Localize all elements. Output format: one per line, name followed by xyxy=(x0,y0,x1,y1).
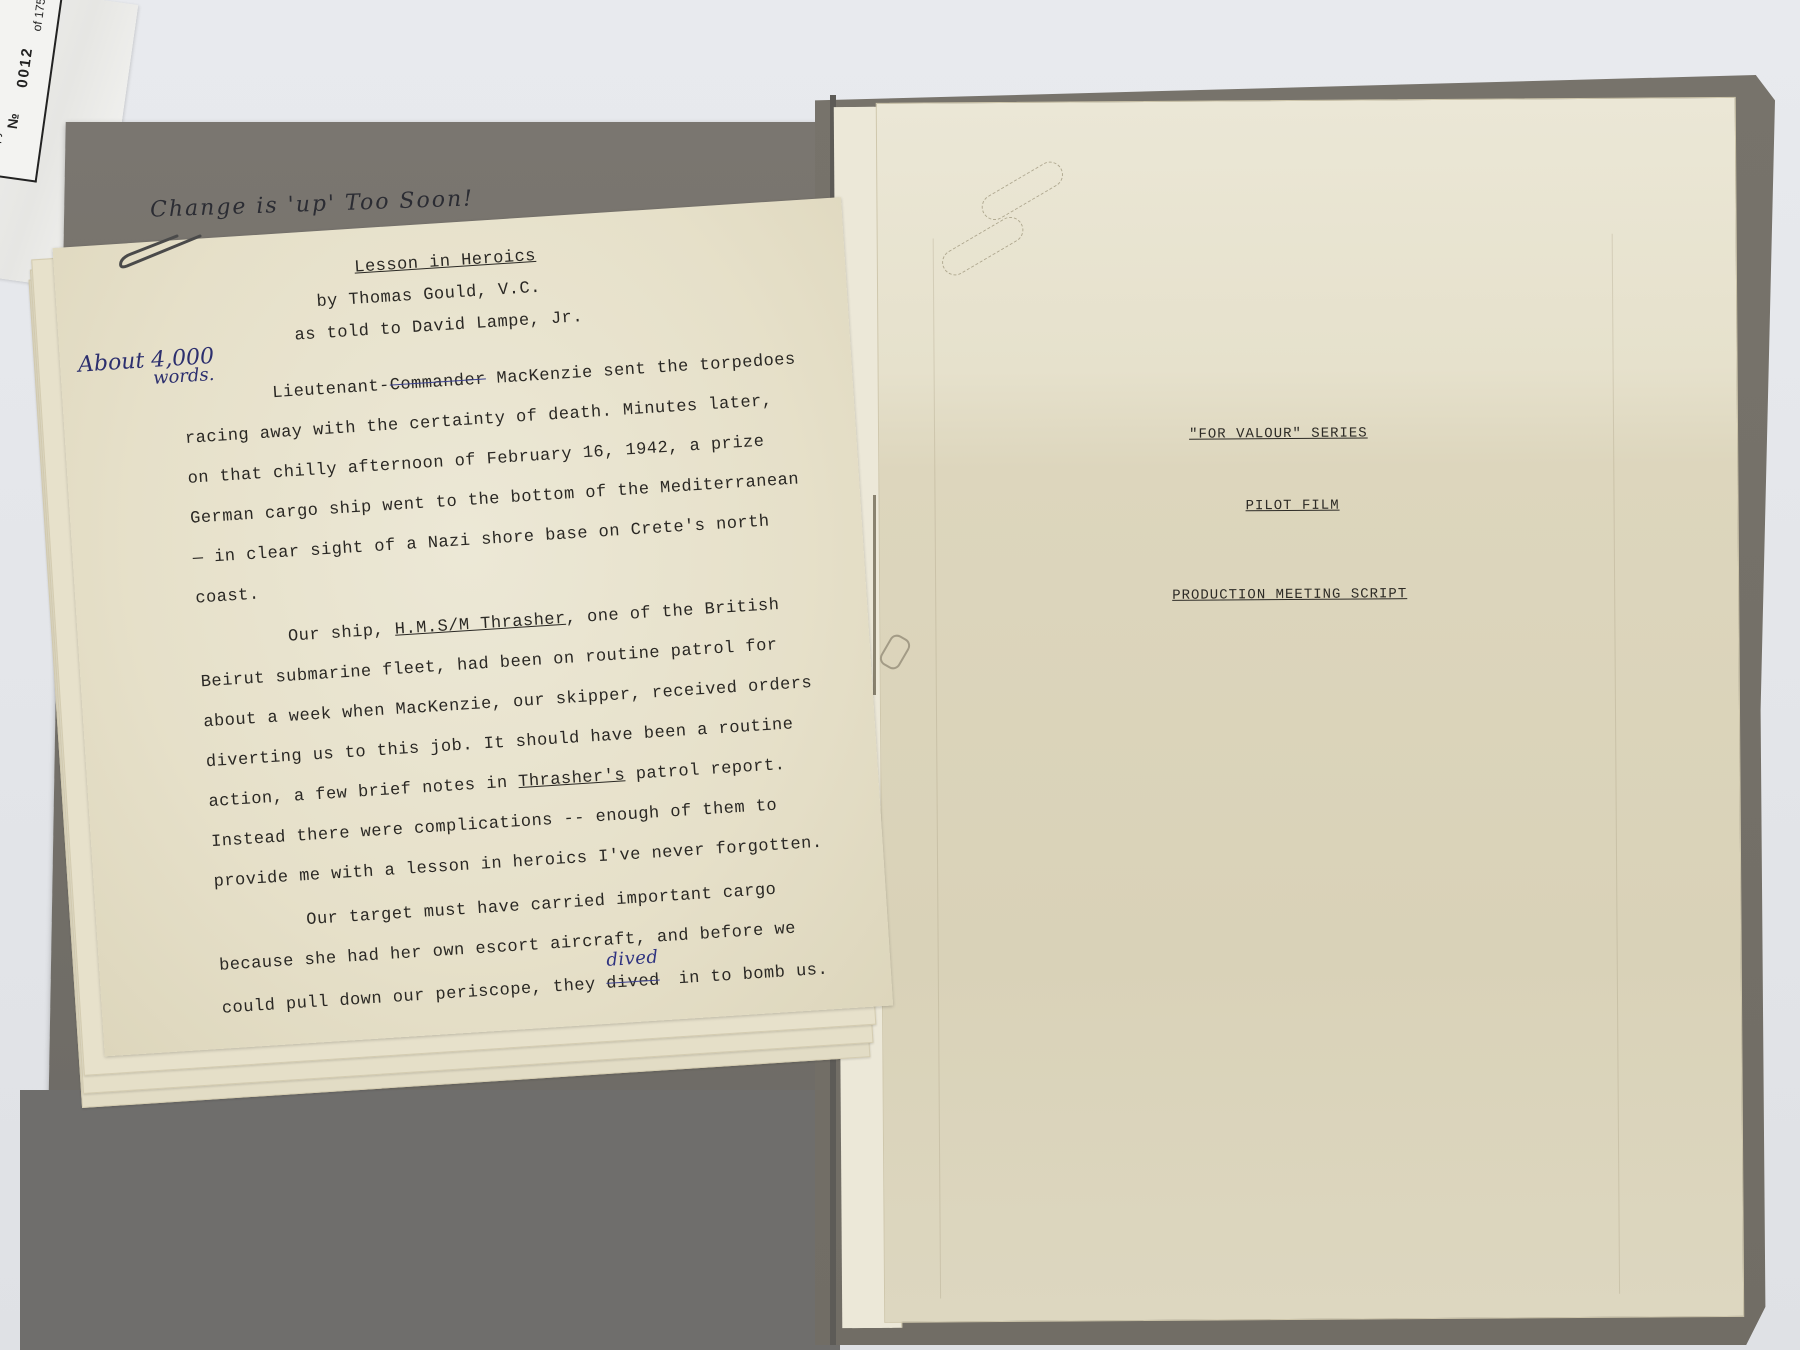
manuscript-told-to: as told to David Lampe, Jr. xyxy=(294,308,584,346)
underlined-name: H.M.S/M Thrasher xyxy=(394,610,566,640)
manuscript-stack: Lesson in Heroics by Thomas Gould, V.C. … xyxy=(22,157,897,1088)
certificate-number-prefix: № xyxy=(4,112,22,130)
folder-left-lower xyxy=(20,1090,840,1350)
manuscript-first-page: Lesson in Heroics by Thomas Gould, V.C. … xyxy=(53,197,894,1056)
photo-scene: Certified Copy № 0012 of 175 Change is '… xyxy=(0,0,1800,1350)
certificate-copy-text: Copy xyxy=(0,130,3,160)
manuscript-line: Our ship, H.M.S/M Thrasher, one of the B… xyxy=(288,596,781,647)
paperclip-impression xyxy=(977,157,1068,225)
script-subtitle: PILOT FILM xyxy=(1246,498,1340,515)
paperclip-icon xyxy=(115,232,205,272)
script-series-title: "FOR VALOUR" SERIES xyxy=(1189,425,1368,442)
script-document-type: PRODUCTION MEETING SCRIPT xyxy=(1172,586,1407,604)
handwritten-correction: dived xyxy=(606,947,659,971)
underlined-name: Thrasher's xyxy=(518,766,626,792)
manuscript-line: coast. xyxy=(195,585,260,608)
struck-word: Commander xyxy=(389,370,486,395)
script-document: "FOR VALOUR" SERIES PILOT FILM PRODUCTIO… xyxy=(834,97,1748,1328)
manuscript-byline: by Thomas Gould, V.C. xyxy=(316,279,542,312)
certificate-number: 0012 xyxy=(14,46,37,89)
certificate-total: of 175 xyxy=(30,0,49,32)
struck-word: dived xyxy=(606,971,661,993)
handwritten-word-count-unit: words. xyxy=(152,364,215,389)
manuscript-line: Our target must have carried important c… xyxy=(306,881,777,930)
script-inner-sheet xyxy=(933,234,1620,1299)
script-cover-page: "FOR VALOUR" SERIES PILOT FILM PRODUCTIO… xyxy=(876,97,1744,1323)
binding-string xyxy=(873,495,876,695)
manuscript-title: Lesson in Heroics xyxy=(354,247,537,278)
certificate-label: Certified Copy № 0012 of 175 xyxy=(0,0,63,183)
